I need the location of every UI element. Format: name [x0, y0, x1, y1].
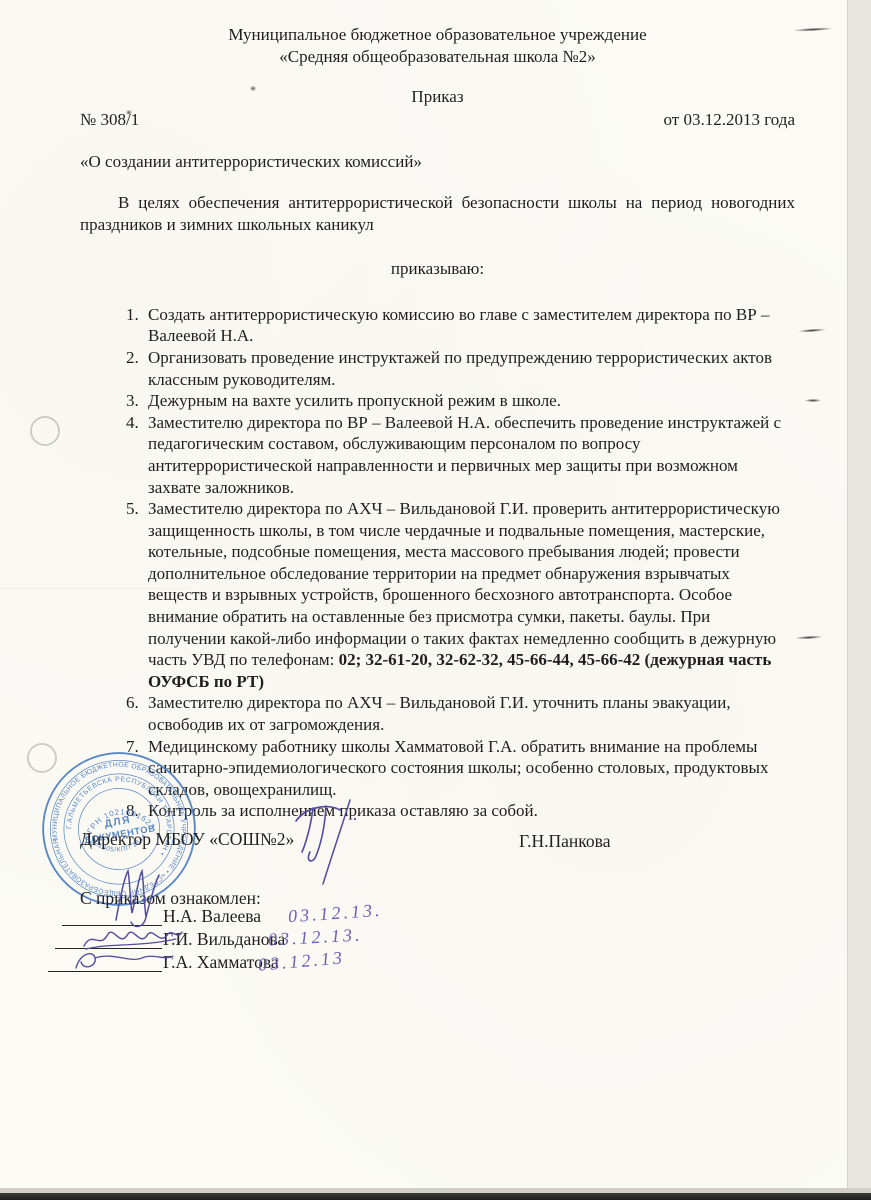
organization-name: Муниципальное бюджетное образовательное … — [80, 24, 795, 67]
document-content: Муниципальное бюджетное образовательное … — [80, 24, 795, 822]
number-date-row: № 308/1 от 03.12.2013 года — [80, 109, 795, 131]
valeeva-signature — [110, 866, 174, 930]
order-item-text: Заместителю директора по АХЧ – Вильданов… — [148, 499, 780, 669]
hw-date-vildanova: 03.12.13. — [268, 925, 363, 951]
director-label: Директор МБОУ «СОШ№2» — [80, 829, 294, 850]
paper-crease — [0, 588, 190, 589]
smudge-mark — [796, 635, 822, 639]
order-item-text: Заместителю директора по АХЧ – Вильданов… — [148, 693, 731, 734]
smudge-mark — [805, 399, 821, 402]
order-item: Дежурным на вахте усилить пропускной реж… — [143, 390, 787, 412]
order-item-text: Создать антитеррористическую комиссию во… — [148, 305, 769, 346]
hw-date-valeeva: 03.12.13. — [287, 900, 383, 928]
hole-punch — [30, 416, 60, 446]
order-item-text: Заместителю директора по ВР – Валеевой Н… — [148, 413, 781, 497]
document-type-title: Приказ — [80, 86, 795, 108]
preamble-paragraph: В целях обеспечения антитеррористической… — [80, 192, 795, 235]
ink-speck — [126, 110, 132, 115]
order-items-list: Создать антитеррористическую комиссию во… — [80, 304, 787, 822]
order-item-text: Организовать проведение инструктажей по … — [148, 348, 772, 389]
order-item: Заместителю директора по АХЧ – Вильданов… — [143, 498, 787, 692]
order-item-text: Дежурным на вахте усилить пропускной реж… — [148, 391, 561, 410]
order-item-text: Медицинскому работнику школы Хамматовой … — [148, 737, 768, 799]
director-name: Г.Н.Панкова — [519, 831, 610, 852]
order-item: Организовать проведение инструктажей по … — [143, 347, 787, 390]
scan-edge-bottom — [0, 1193, 871, 1200]
org-line-2: «Средняя общеобразовательная школа №2» — [80, 46, 795, 68]
document-date: от 03.12.2013 года — [664, 109, 795, 131]
hole-punch — [27, 743, 57, 773]
order-item: Заместителю директора по ВР – Валеевой Н… — [143, 412, 787, 498]
org-line-1: Муниципальное бюджетное образовательное … — [80, 24, 795, 46]
khammatova-signature — [68, 948, 176, 976]
order-item: Заместителю директора по АХЧ – Вильданов… — [143, 692, 787, 735]
ink-speck — [250, 86, 256, 91]
order-item: Создать антитеррористическую комиссию во… — [143, 304, 787, 347]
scanned-order-document: Муниципальное бюджетное образовательное … — [0, 0, 871, 1200]
document-subject: «О создании антитеррористических комисси… — [80, 151, 795, 173]
director-signature — [292, 797, 360, 887]
smudge-mark — [799, 328, 825, 333]
order-word: приказываю: — [80, 258, 795, 280]
order-item: Контроль за исполнением приказа оставляю… — [143, 800, 787, 822]
order-item: Медицинскому работнику школы Хамматовой … — [143, 736, 787, 801]
scan-edge-right — [847, 0, 871, 1200]
smudge-mark — [794, 27, 832, 32]
